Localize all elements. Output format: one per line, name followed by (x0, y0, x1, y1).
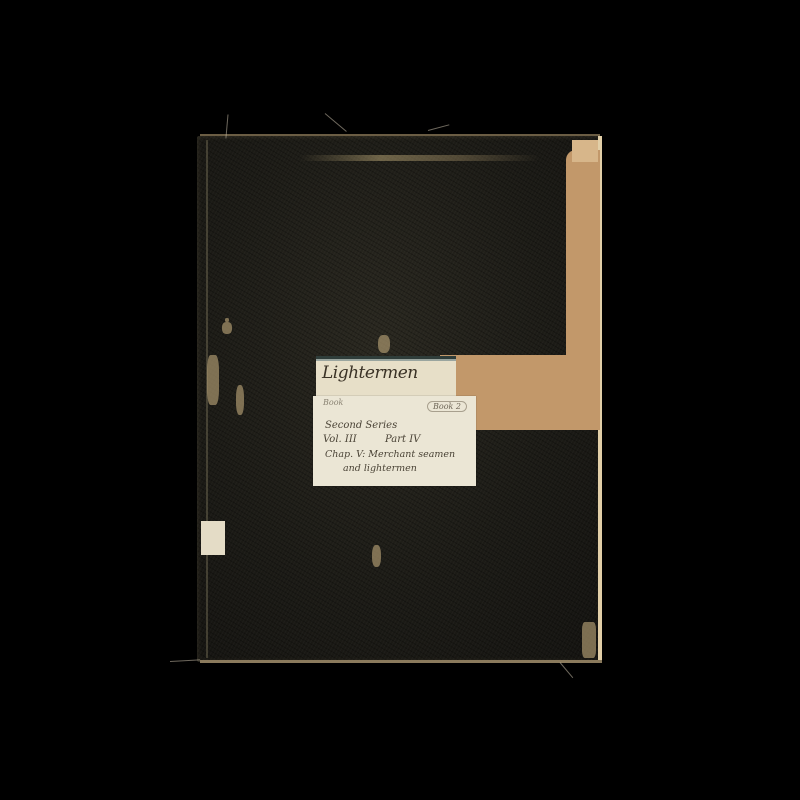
title-label: Lightermen (316, 356, 456, 399)
wear-spot (207, 355, 219, 405)
book-bottom-edge (200, 660, 602, 663)
label-chapter-cont: and lightermen (343, 463, 417, 474)
wear-spot (372, 545, 381, 567)
catalog-label: Book Book 2 Second Series Vol. III Part … (313, 396, 476, 486)
label-book-badge: Book 2 (427, 401, 467, 412)
worn-top-strip (300, 155, 540, 161)
wear-spot (225, 318, 229, 322)
exposed-board-corner (572, 140, 598, 162)
wear-spot (378, 335, 390, 353)
label-volume: Vol. III (323, 434, 357, 445)
label-book-text: Book (323, 398, 343, 407)
spine-label (201, 521, 225, 555)
title-label-text: Lightermen (322, 363, 418, 383)
wear-spot (582, 622, 596, 658)
label-series: Second Series (325, 420, 397, 431)
wear-spot (222, 322, 232, 334)
label-chapter: Chap. V: Merchant seamen (325, 449, 455, 460)
label-part: Part IV (385, 434, 420, 445)
wear-spot (236, 385, 244, 415)
